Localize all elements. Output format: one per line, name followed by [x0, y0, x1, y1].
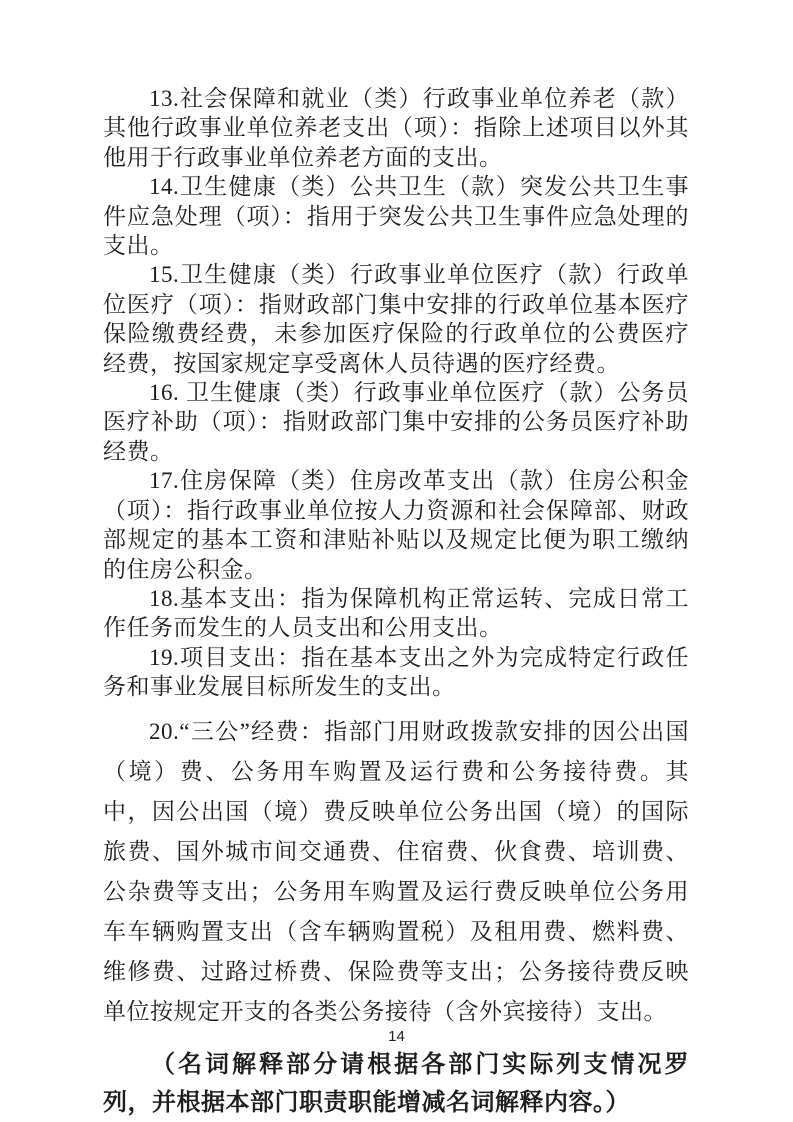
term-definition-17: 17.住房保障（类）住房改革支出（款）住房公积金（项）：指行政事业单位按人力资源…	[103, 466, 689, 584]
term-definition-16: 16. 卫生健康（类）行政事业单位医疗（款）公务员医疗补助（项）：指财政部门集中…	[103, 378, 689, 466]
page-number: 14	[0, 1028, 793, 1045]
term-definition-15: 15.卫生健康（类）行政事业单位医疗（款）行政单位医疗（项）：指财政部门集中安排…	[103, 260, 689, 378]
document-page: 13.社会保障和就业（类）行政事业单位养老（款）其他行政事业单位养老支出（项）：…	[0, 0, 793, 1122]
term-definition-18: 18.基本支出：指为保障机构正常运转、完成日常工作任务而发生的人员支出和公用支出…	[103, 584, 689, 643]
term-definition-14: 14.卫生健康（类）公共卫生（款）突发公共卫生事件应急处理（项）：指用于突发公共…	[103, 172, 689, 260]
term-definition-13: 13.社会保障和就业（类）行政事业单位养老（款）其他行政事业单位养老支出（项）：…	[103, 84, 689, 172]
term-definition-20: 20.“三公”经费：指部门用财政拨款安排的因公出国（境）费、公务用车购置及运行费…	[103, 712, 689, 1032]
editorial-note: （名词解释部分请根据各部门实际列支情况罗列，并根据本部门职责职能增减名词解释内容…	[103, 1046, 689, 1122]
term-definition-19: 19.项目支出：指在基本支出之外为完成特定行政任务和事业发展目标所发生的支出。	[103, 643, 689, 702]
